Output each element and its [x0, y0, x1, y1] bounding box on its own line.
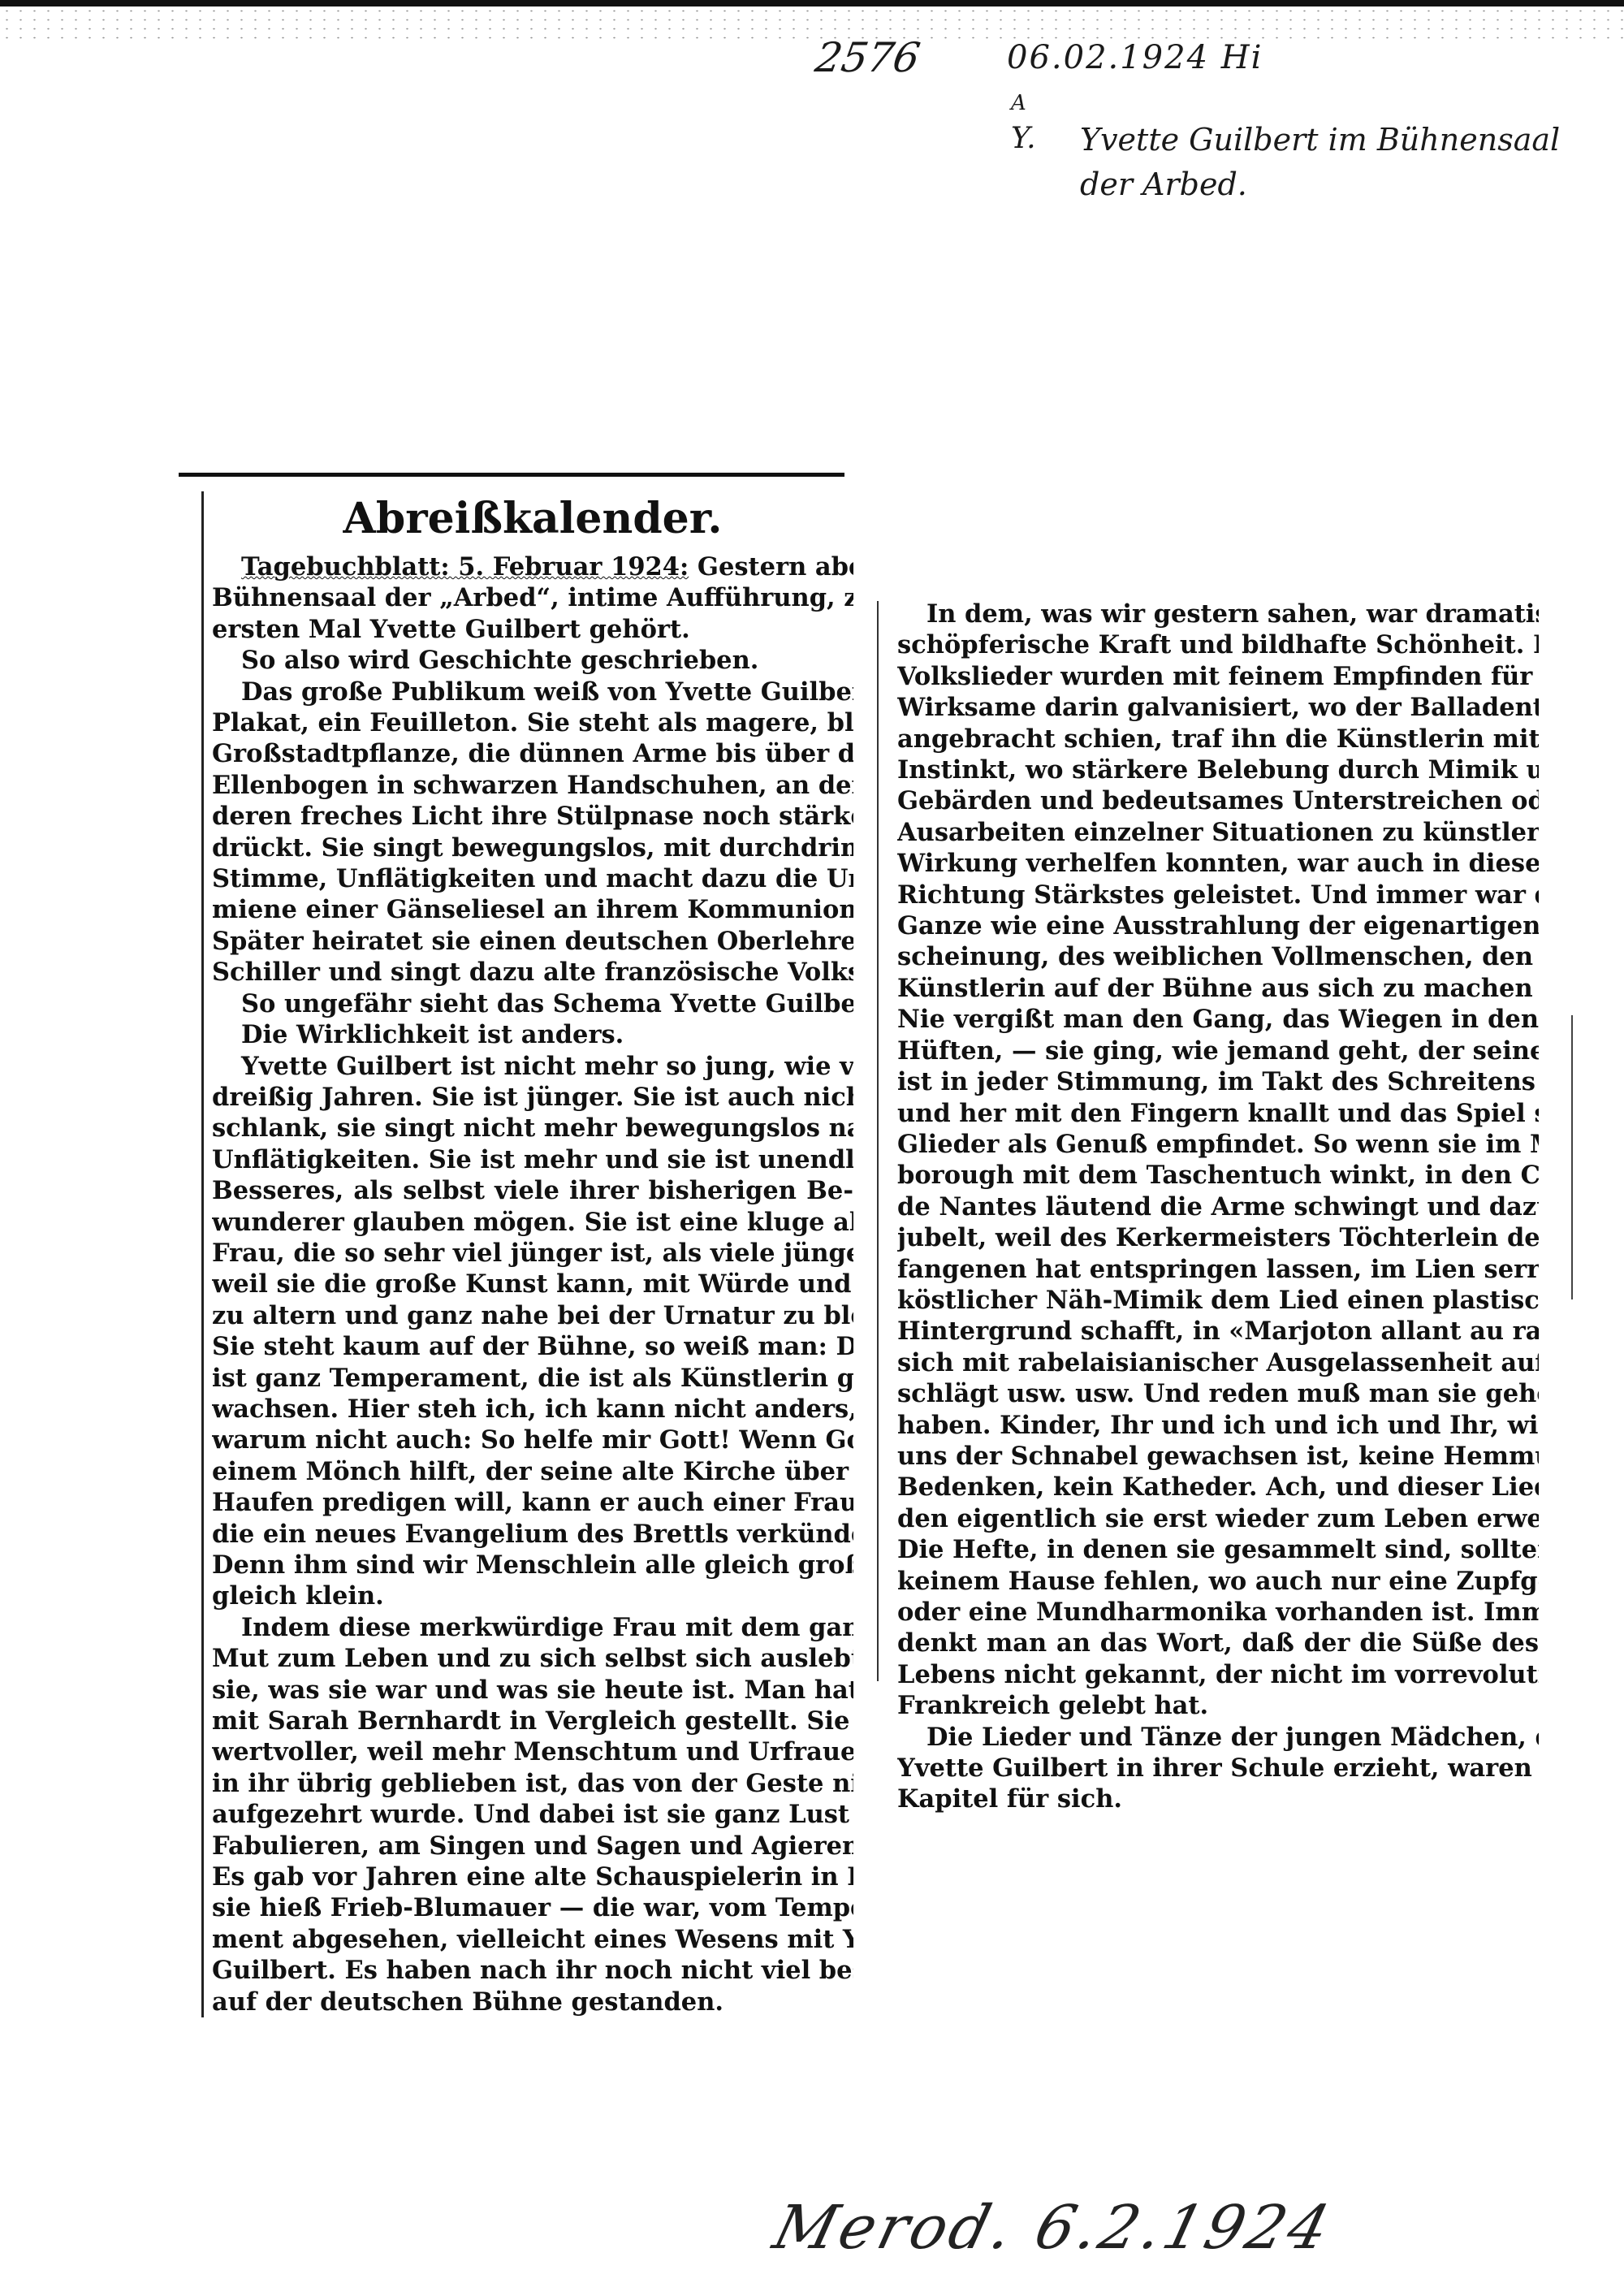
text-line: schlank, sie singt nicht mehr bewegungsl… — [212, 1113, 853, 1144]
line-text: Stimme, Unflätigkeiten und macht dazu di… — [212, 864, 853, 893]
scan-edge — [0, 0, 1624, 6]
text-line: Wirksame darin galvanisiert, wo der Ball… — [897, 692, 1539, 723]
line-text: angebracht schien, traf ihn die Künstler… — [897, 724, 1539, 754]
line-text: haben. Kinder, Ihr und ich und ich und I… — [897, 1411, 1539, 1440]
text-line: sie, was sie war und was sie heute ist. … — [212, 1675, 853, 1706]
line-text: Fabulieren, am Singen und Sagen und Agie… — [212, 1831, 853, 1861]
text-line: Unflätigkeiten. Sie ist mehr und sie ist… — [212, 1144, 853, 1175]
text-line: Die Wirklichkeit ist anders. — [212, 1019, 853, 1050]
text-line: den eigentlich sie erst wieder zum Leben… — [897, 1503, 1539, 1534]
line-text: die ein neues Evangelium des Brettls ver… — [212, 1520, 853, 1549]
line-text: scheinung, des weiblichen Vollmenschen, … — [897, 942, 1539, 971]
line-text: Hintergrund schafft, in «Marjoton allant… — [897, 1317, 1539, 1346]
text-line: in ihr übrig geblieben ist, das von der … — [212, 1768, 853, 1799]
line-text: Plakat, ein Feuilleton. Sie steht als ma… — [212, 708, 853, 737]
text-line: Richtung Stärkstes geleistet. Und immer … — [897, 880, 1539, 910]
text-line: Glieder als Genuß empfindet. So wenn sie… — [897, 1129, 1539, 1160]
line-text: Nie vergißt man den Gang, das Wiegen in … — [897, 1005, 1539, 1034]
line-text: Die Wirklichkeit ist anders. — [241, 1020, 624, 1049]
line-text: sie hieß Frieb-Blumauer — die war, vom T… — [212, 1893, 853, 1922]
line-text: einem Mönch hilft, der seine alte Kirche… — [212, 1457, 853, 1486]
line-text: Mut zum Leben und zu sich selbst sich au… — [212, 1644, 853, 1673]
scan-speckle — [0, 6, 1624, 39]
text-line: Ellenbogen in schwarzen Handschuhen, an … — [212, 770, 853, 801]
text-line: borough mit dem Taschentuch winkt, in de… — [897, 1160, 1539, 1191]
line-text: Die Hefte, in denen sie gesammelt sind, … — [897, 1535, 1539, 1564]
text-line: Hintergrund schafft, in «Marjoton allant… — [897, 1316, 1539, 1347]
text-line: Tagebuchblatt: 5. Februar 1924: Gestern … — [212, 551, 853, 582]
line-text: drückt. Sie singt bewegungslos, mit durc… — [212, 833, 853, 863]
line-text: Wirksame darin galvanisiert, wo der Ball… — [897, 693, 1539, 722]
line-text: in ihr übrig geblieben ist, das von der … — [212, 1769, 853, 1798]
text-line: wertvoller, weil mehr Menschtum und Urfr… — [212, 1736, 853, 1767]
line-text: borough mit dem Taschentuch winkt, in de… — [897, 1161, 1539, 1190]
text-line: Stimme, Unflätigkeiten und macht dazu di… — [212, 863, 853, 894]
line-text: schlank, sie singt nicht mehr bewegungsl… — [212, 1113, 853, 1143]
text-line: weil sie die große Kunst kann, mit Würde… — [212, 1269, 853, 1299]
text-line: ersten Mal Yvette Guilbert gehört. — [212, 614, 853, 645]
line-text: sich mit rabelaisianischer Ausgelassenhe… — [897, 1348, 1539, 1377]
text-line: Yvette Guilbert ist nicht mehr so jung, … — [212, 1051, 853, 1082]
line-text: Frankreich gelebt hat. — [897, 1691, 1208, 1720]
line-text: ment abgesehen, vielleicht eines Wesens … — [212, 1925, 853, 1954]
line-text: Ganze wie eine Ausstrahlung der eigenart… — [897, 911, 1539, 940]
line-text: ist ganz Temperament, die ist als Künstl… — [212, 1364, 853, 1393]
text-line: Die Hefte, in denen sie gesammelt sind, … — [897, 1534, 1539, 1565]
line-text: Das große Publikum weiß von Yvette Guilb… — [241, 677, 853, 707]
text-line: de Nantes läutend die Arme schwingt und … — [897, 1191, 1539, 1222]
text-line: So ungefähr sieht das Schema Yvette Guil… — [212, 988, 853, 1019]
handwritten-title-line-1: Yvette Guilbert im Bühnensaal — [1080, 122, 1560, 158]
text-line: Kapitel für sich. — [897, 1784, 1539, 1814]
text-line: die ein neues Evangelium des Brettls ver… — [212, 1519, 853, 1550]
text-line: Instinkt, wo stärkere Belebung durch Mim… — [897, 755, 1539, 785]
text-line: In dem, was wir gestern sahen, war drama… — [897, 599, 1539, 629]
text-line: zu altern und ganz nahe bei der Urnatur … — [212, 1300, 853, 1331]
line-text: Ellenbogen in schwarzen Handschuhen, an … — [212, 771, 853, 800]
text-line: Frau, die so sehr viel jünger ist, als v… — [212, 1238, 853, 1269]
line-text: Yvette Guilbert ist nicht mehr so jung, … — [241, 1052, 853, 1081]
line-text: So also wird Geschichte geschrieben. — [241, 646, 758, 675]
line-text: Instinkt, wo stärkere Belebung durch Mim… — [897, 755, 1539, 785]
line-text: Denn ihm sind wir Menschlein alle gleich… — [212, 1550, 853, 1580]
line-text: zu altern und ganz nahe bei der Urnatur … — [212, 1301, 853, 1330]
line-text: schlägt usw. usw. Und reden muß man sie … — [897, 1379, 1539, 1408]
line-text: Schiller und singt dazu alte französisch… — [212, 958, 853, 987]
text-line: jubelt, weil des Kerkermeisters Töchterl… — [897, 1222, 1539, 1253]
right-column-margin-rule — [877, 601, 879, 1681]
text-line: schöpferische Kraft und bildhafte Schönh… — [897, 629, 1539, 660]
text-line: Bühnensaal der „Arbed“, intime Aufführun… — [212, 582, 853, 613]
text-line: mit Sarah Bernhardt in Vergleich gestell… — [212, 1706, 853, 1736]
text-line: auf der deutschen Bühne gestanden. — [212, 1987, 853, 2017]
article-left-column: Abreißkalender. Tagebuchblatt: 5. Februa… — [201, 491, 853, 2017]
line-text: gleich klein. — [212, 1581, 384, 1611]
clipping-top-rule — [179, 473, 844, 477]
line-text: Die Lieder und Tänze der jungen Mädchen,… — [926, 1723, 1539, 1752]
handwritten-date: 06.02.1924 Hi — [1007, 39, 1263, 76]
text-line: uns der Schnabel gewachsen ist, keine He… — [897, 1441, 1539, 1472]
line-text: Gebärden und bedeutsames Unterstreichen … — [897, 786, 1539, 815]
left-column-text: Tagebuchblatt: 5. Februar 1924: Gestern … — [212, 551, 853, 2017]
text-line: Großstadtpflanze, die dünnen Arme bis üb… — [212, 738, 853, 769]
line-text: wertvoller, weil mehr Menschtum und Urfr… — [212, 1737, 853, 1766]
text-line: schlägt usw. usw. Und reden muß man sie … — [897, 1378, 1539, 1409]
text-line: Die Lieder und Tänze der jungen Mädchen,… — [897, 1722, 1539, 1753]
line-text: Ausarbeiten einzelner Situationen zu kün… — [897, 818, 1539, 847]
line-text: de Nantes läutend die Arme schwingt und … — [897, 1192, 1539, 1222]
text-line: drückt. Sie singt bewegungslos, mit durc… — [212, 832, 853, 863]
line-text: Sie steht kaum auf der Bühne, so weiß ma… — [212, 1332, 853, 1361]
line-text: und her mit den Fingern knallt und das S… — [897, 1099, 1539, 1128]
line-text: dreißig Jahren. Sie ist jünger. Sie ist … — [212, 1083, 853, 1112]
line-text: Yvette Guilbert in ihrer Schule erzieht,… — [897, 1753, 1539, 1783]
line-text: schöpferische Kraft und bildhafte Schönh… — [897, 630, 1539, 659]
line-text: Besseres, als selbst viele ihrer bisheri… — [212, 1176, 853, 1205]
line-text: denkt man an das Wort, daß der die Süße … — [897, 1628, 1539, 1658]
text-line: gleich klein. — [212, 1580, 853, 1611]
text-line: fangenen hat entspringen lassen, im Lien… — [897, 1254, 1539, 1285]
text-line: scheinung, des weiblichen Vollmenschen, … — [897, 941, 1539, 972]
line-text: Wirkung verhelfen konnten, war auch in d… — [897, 849, 1539, 878]
line-text: Indem diese merkwürdige Frau mit dem gan… — [241, 1613, 853, 1642]
text-line: sie hieß Frieb-Blumauer — die war, vom T… — [212, 1892, 853, 1923]
text-line: Haufen predigen will, kann er auch einer… — [212, 1487, 853, 1518]
line-text: ersten Mal Yvette Guilbert gehört. — [212, 615, 690, 644]
line-text: Später heiratet sie einen deutschen Ober… — [212, 927, 853, 956]
text-line: Schiller und singt dazu alte französisch… — [212, 957, 853, 988]
text-line: keinem Hause fehlen, wo auch nur eine Zu… — [897, 1566, 1539, 1597]
line-text: fangenen hat entspringen lassen, im Lien… — [897, 1255, 1539, 1284]
text-line: Später heiratet sie einen deutschen Ober… — [212, 926, 853, 957]
line-text: Kapitel für sich. — [897, 1784, 1122, 1814]
line-text: Guilbert. Es haben nach ihr noch nicht v… — [212, 1956, 853, 1985]
line-text: Bühnensaal der „Arbed“, intime Aufführun… — [212, 583, 853, 612]
line-text: In dem, was wir gestern sahen, war drama… — [926, 599, 1539, 629]
line-text: Glieder als Genuß empfindet. So wenn sie… — [897, 1130, 1539, 1159]
text-line: köstlicher Näh-Mimik dem Lied einen plas… — [897, 1285, 1539, 1316]
text-line: warum nicht auch: So helfe mir Gott! Wen… — [212, 1425, 853, 1455]
text-line: Frankreich gelebt hat. — [897, 1690, 1539, 1721]
text-line: denkt man an das Wort, daß der die Süße … — [897, 1628, 1539, 1658]
text-line: wunderer glauben mögen. Sie ist eine klu… — [212, 1207, 853, 1238]
text-line: Indem diese merkwürdige Frau mit dem gan… — [212, 1612, 853, 1643]
line-text: den eigentlich sie erst wieder zum Leben… — [897, 1504, 1539, 1533]
line-text: wunderer glauben mögen. Sie ist eine klu… — [212, 1208, 853, 1237]
line-text: sie, was sie war und was sie heute ist. … — [212, 1676, 853, 1705]
text-line: aufgezehrt wurde. Und dabei ist sie ganz… — [212, 1799, 853, 1830]
article-right-column: In dem, was wir gestern sahen, war drama… — [897, 599, 1539, 1815]
text-line: Wirkung verhelfen konnten, war auch in d… — [897, 848, 1539, 879]
text-line: Guilbert. Es haben nach ihr noch nicht v… — [212, 1955, 853, 1986]
handwritten-letter-a: A — [1011, 91, 1026, 115]
text-line: und her mit den Fingern knallt und das S… — [897, 1098, 1539, 1129]
text-line: Ausarbeiten einzelner Situationen zu kün… — [897, 817, 1539, 848]
text-line: Gebärden und bedeutsames Unterstreichen … — [897, 785, 1539, 816]
line-text: warum nicht auch: So helfe mir Gott! Wen… — [212, 1425, 853, 1455]
handwritten-item-y: Y. — [1011, 122, 1036, 155]
line-text: weil sie die große Kunst kann, mit Würde… — [212, 1269, 853, 1299]
text-line: oder eine Mundharmonika vorhanden ist. I… — [897, 1597, 1539, 1628]
line-text: Bedenken, kein Katheder. Ach, und dieser… — [897, 1472, 1539, 1502]
line-text: aufgezehrt wurde. Und dabei ist sie ganz… — [212, 1800, 853, 1829]
right-margin-mark — [1571, 1015, 1573, 1299]
line-text: Großstadtpflanze, die dünnen Arme bis üb… — [212, 739, 853, 768]
handwritten-title-line-2: der Arbed. — [1080, 166, 1247, 202]
text-line: Denn ihm sind wir Menschlein alle gleich… — [212, 1550, 853, 1580]
line-text: mit Sarah Bernhardt in Vergleich gestell… — [212, 1706, 853, 1736]
text-line: sich mit rabelaisianischer Ausgelassenhe… — [897, 1347, 1539, 1378]
line-text: köstlicher Näh-Mimik dem Lied einen plas… — [897, 1286, 1539, 1315]
line-text: keinem Hause fehlen, wo auch nur eine Zu… — [897, 1567, 1539, 1596]
line-text: Künstlerin auf der Bühne aus sich zu mac… — [897, 974, 1539, 1003]
line-text: Richtung Stärkstes geleistet. Und immer … — [897, 880, 1539, 910]
line-text: Hüften, — sie ging, wie jemand geht, der… — [897, 1036, 1539, 1066]
line-text: Volkslieder wurden mit feinem Empfinden … — [897, 662, 1539, 691]
text-line: Das große Publikum weiß von Yvette Guilb… — [212, 677, 853, 707]
text-line: angebracht schien, traf ihn die Künstler… — [897, 724, 1539, 755]
text-line: Ganze wie eine Ausstrahlung der eigenart… — [897, 910, 1539, 941]
text-line: So also wird Geschichte geschrieben. — [212, 645, 853, 676]
text-line: Künstlerin auf der Bühne aus sich zu mac… — [897, 973, 1539, 1004]
article-headline: Abreißkalender. — [212, 495, 853, 543]
text-line: Lebens nicht gekannt, der nicht im vorre… — [897, 1659, 1539, 1690]
handwritten-source-note: Merod. 6.2.1924 — [767, 2193, 1339, 2263]
text-line: miene einer Gänseliesel an ihrem Kommuni… — [212, 894, 853, 925]
text-line: ment abgesehen, vielleicht eines Wesens … — [212, 1924, 853, 1955]
line-text: miene einer Gänseliesel an ihrem Kommuni… — [212, 895, 853, 924]
text-line: deren freches Licht ihre Stülpnase noch … — [212, 801, 853, 832]
text-line: Sie steht kaum auf der Bühne, so weiß ma… — [212, 1331, 853, 1362]
text-line: Fabulieren, am Singen und Sagen und Agie… — [212, 1831, 853, 1861]
text-line: ist in jeder Stimmung, im Takt des Schre… — [897, 1066, 1539, 1097]
text-line: Es gab vor Jahren eine alte Schauspieler… — [212, 1861, 853, 1892]
text-line: Mut zum Leben und zu sich selbst sich au… — [212, 1643, 853, 1674]
text-line: Bedenken, kein Katheder. Ach, und dieser… — [897, 1472, 1539, 1503]
text-line: ist ganz Temperament, die ist als Künstl… — [212, 1363, 853, 1394]
text-line: Nie vergißt man den Gang, das Wiegen in … — [897, 1004, 1539, 1035]
line-text: Frau, die so sehr viel jünger ist, als v… — [212, 1239, 853, 1268]
text-line: dreißig Jahren. Sie ist jünger. Sie ist … — [212, 1082, 853, 1113]
archive-number: 2576 — [812, 34, 923, 81]
line-text: Gestern abend im — [698, 552, 853, 582]
line-text: uns der Schnabel gewachsen ist, keine He… — [897, 1442, 1539, 1471]
line-text: auf der deutschen Bühne gestanden. — [212, 1987, 723, 2017]
text-line: Volkslieder wurden mit feinem Empfinden … — [897, 661, 1539, 692]
text-line: haben. Kinder, Ihr und ich und ich und I… — [897, 1410, 1539, 1441]
text-line: Besseres, als selbst viele ihrer bisheri… — [212, 1175, 853, 1206]
line-text: ist in jeder Stimmung, im Takt des Schre… — [897, 1067, 1539, 1096]
text-line: einem Mönch hilft, der seine alte Kirche… — [212, 1456, 853, 1487]
line-text: deren freches Licht ihre Stülpnase noch … — [212, 802, 853, 831]
line-text: wachsen. Hier steh ich, ich kann nicht a… — [212, 1394, 853, 1424]
line-text: jubelt, weil des Kerkermeisters Töchterl… — [897, 1223, 1539, 1252]
line-text: Lebens nicht gekannt, der nicht im vorre… — [897, 1660, 1539, 1689]
line-text: Unflätigkeiten. Sie ist mehr und sie ist… — [212, 1145, 853, 1174]
line-text: So ungefähr sieht das Schema Yvette Guil… — [241, 989, 853, 1018]
article-dateline: Tagebuchblatt: 5. Februar 1924: — [241, 552, 689, 582]
line-text: oder eine Mundharmonika vorhanden ist. I… — [897, 1598, 1539, 1627]
text-line: Hüften, — sie ging, wie jemand geht, der… — [897, 1036, 1539, 1066]
text-line: Yvette Guilbert in ihrer Schule erzieht,… — [897, 1753, 1539, 1784]
text-line: wachsen. Hier steh ich, ich kann nicht a… — [212, 1394, 853, 1425]
line-text: Haufen predigen will, kann er auch einer… — [212, 1488, 853, 1517]
right-column-text: In dem, was wir gestern sahen, war drama… — [897, 599, 1539, 1815]
line-text: Es gab vor Jahren eine alte Schauspieler… — [212, 1862, 853, 1892]
text-line: Plakat, ein Feuilleton. Sie steht als ma… — [212, 707, 853, 738]
